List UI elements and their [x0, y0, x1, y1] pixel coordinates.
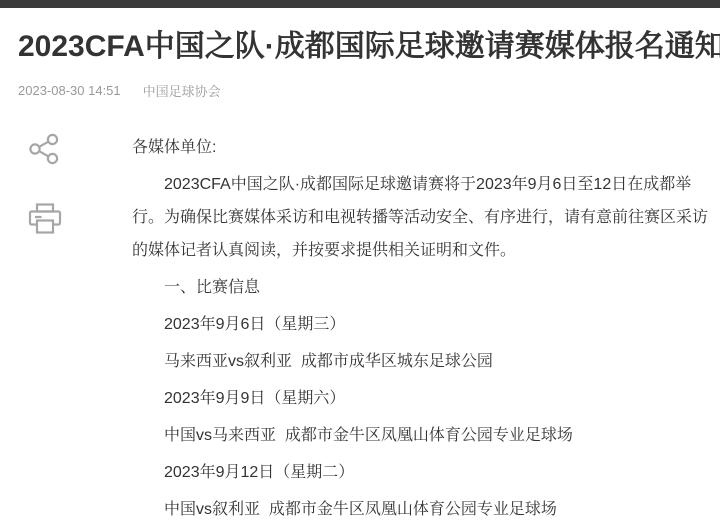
match-date-2: 2023年9月9日（星期六） — [132, 382, 708, 415]
paragraph-greeting: 各媒体单位: — [132, 131, 708, 164]
share-icon — [28, 133, 60, 165]
section-heading-match-info: 一、比赛信息 — [132, 271, 708, 304]
article-content: 各媒体单位: 2023CFA中国之队·成都国际足球邀请赛将于2023年9月6日至… — [132, 131, 708, 522]
paragraph-intro: 2023CFA中国之队·成都国际足球邀请赛将于2023年9月6日至12日在成都举… — [132, 168, 708, 267]
match-fixture-1: 马来西亚vs叙利亚 成都市成华区城东足球公园 — [132, 345, 708, 378]
page-title: 2023CFA中国之队·成都国际足球邀请赛媒体报名通知 — [18, 28, 702, 66]
article-header: 2023CFA中国之队·成都国际足球邀请赛媒体报名通知 2023-08-30 1… — [0, 8, 720, 100]
article-body: 各媒体单位: 2023CFA中国之队·成都国际足球邀请赛将于2023年9月6日至… — [0, 131, 720, 522]
article-meta: 2023-08-30 14:51 中国足球协会 — [18, 81, 702, 100]
match-date-1: 2023年9月6日（星期三） — [132, 308, 708, 341]
top-bar — [0, 0, 720, 8]
publish-date: 2023-08-30 14:51 — [18, 83, 121, 98]
match-fixture-3: 中国vs叙利亚 成都市金牛区凤凰山体育公园专业足球场 — [132, 493, 708, 522]
action-rail — [0, 131, 132, 522]
print-button[interactable] — [28, 202, 60, 234]
match-fixture-2: 中国vs马来西亚 成都市金牛区凤凰山体育公园专业足球场 — [132, 419, 708, 452]
match-date-3: 2023年9月12日（星期二） — [132, 456, 708, 489]
share-button[interactable] — [28, 133, 60, 165]
source-label: 中国足球协会 — [143, 81, 221, 100]
print-icon — [28, 202, 60, 236]
